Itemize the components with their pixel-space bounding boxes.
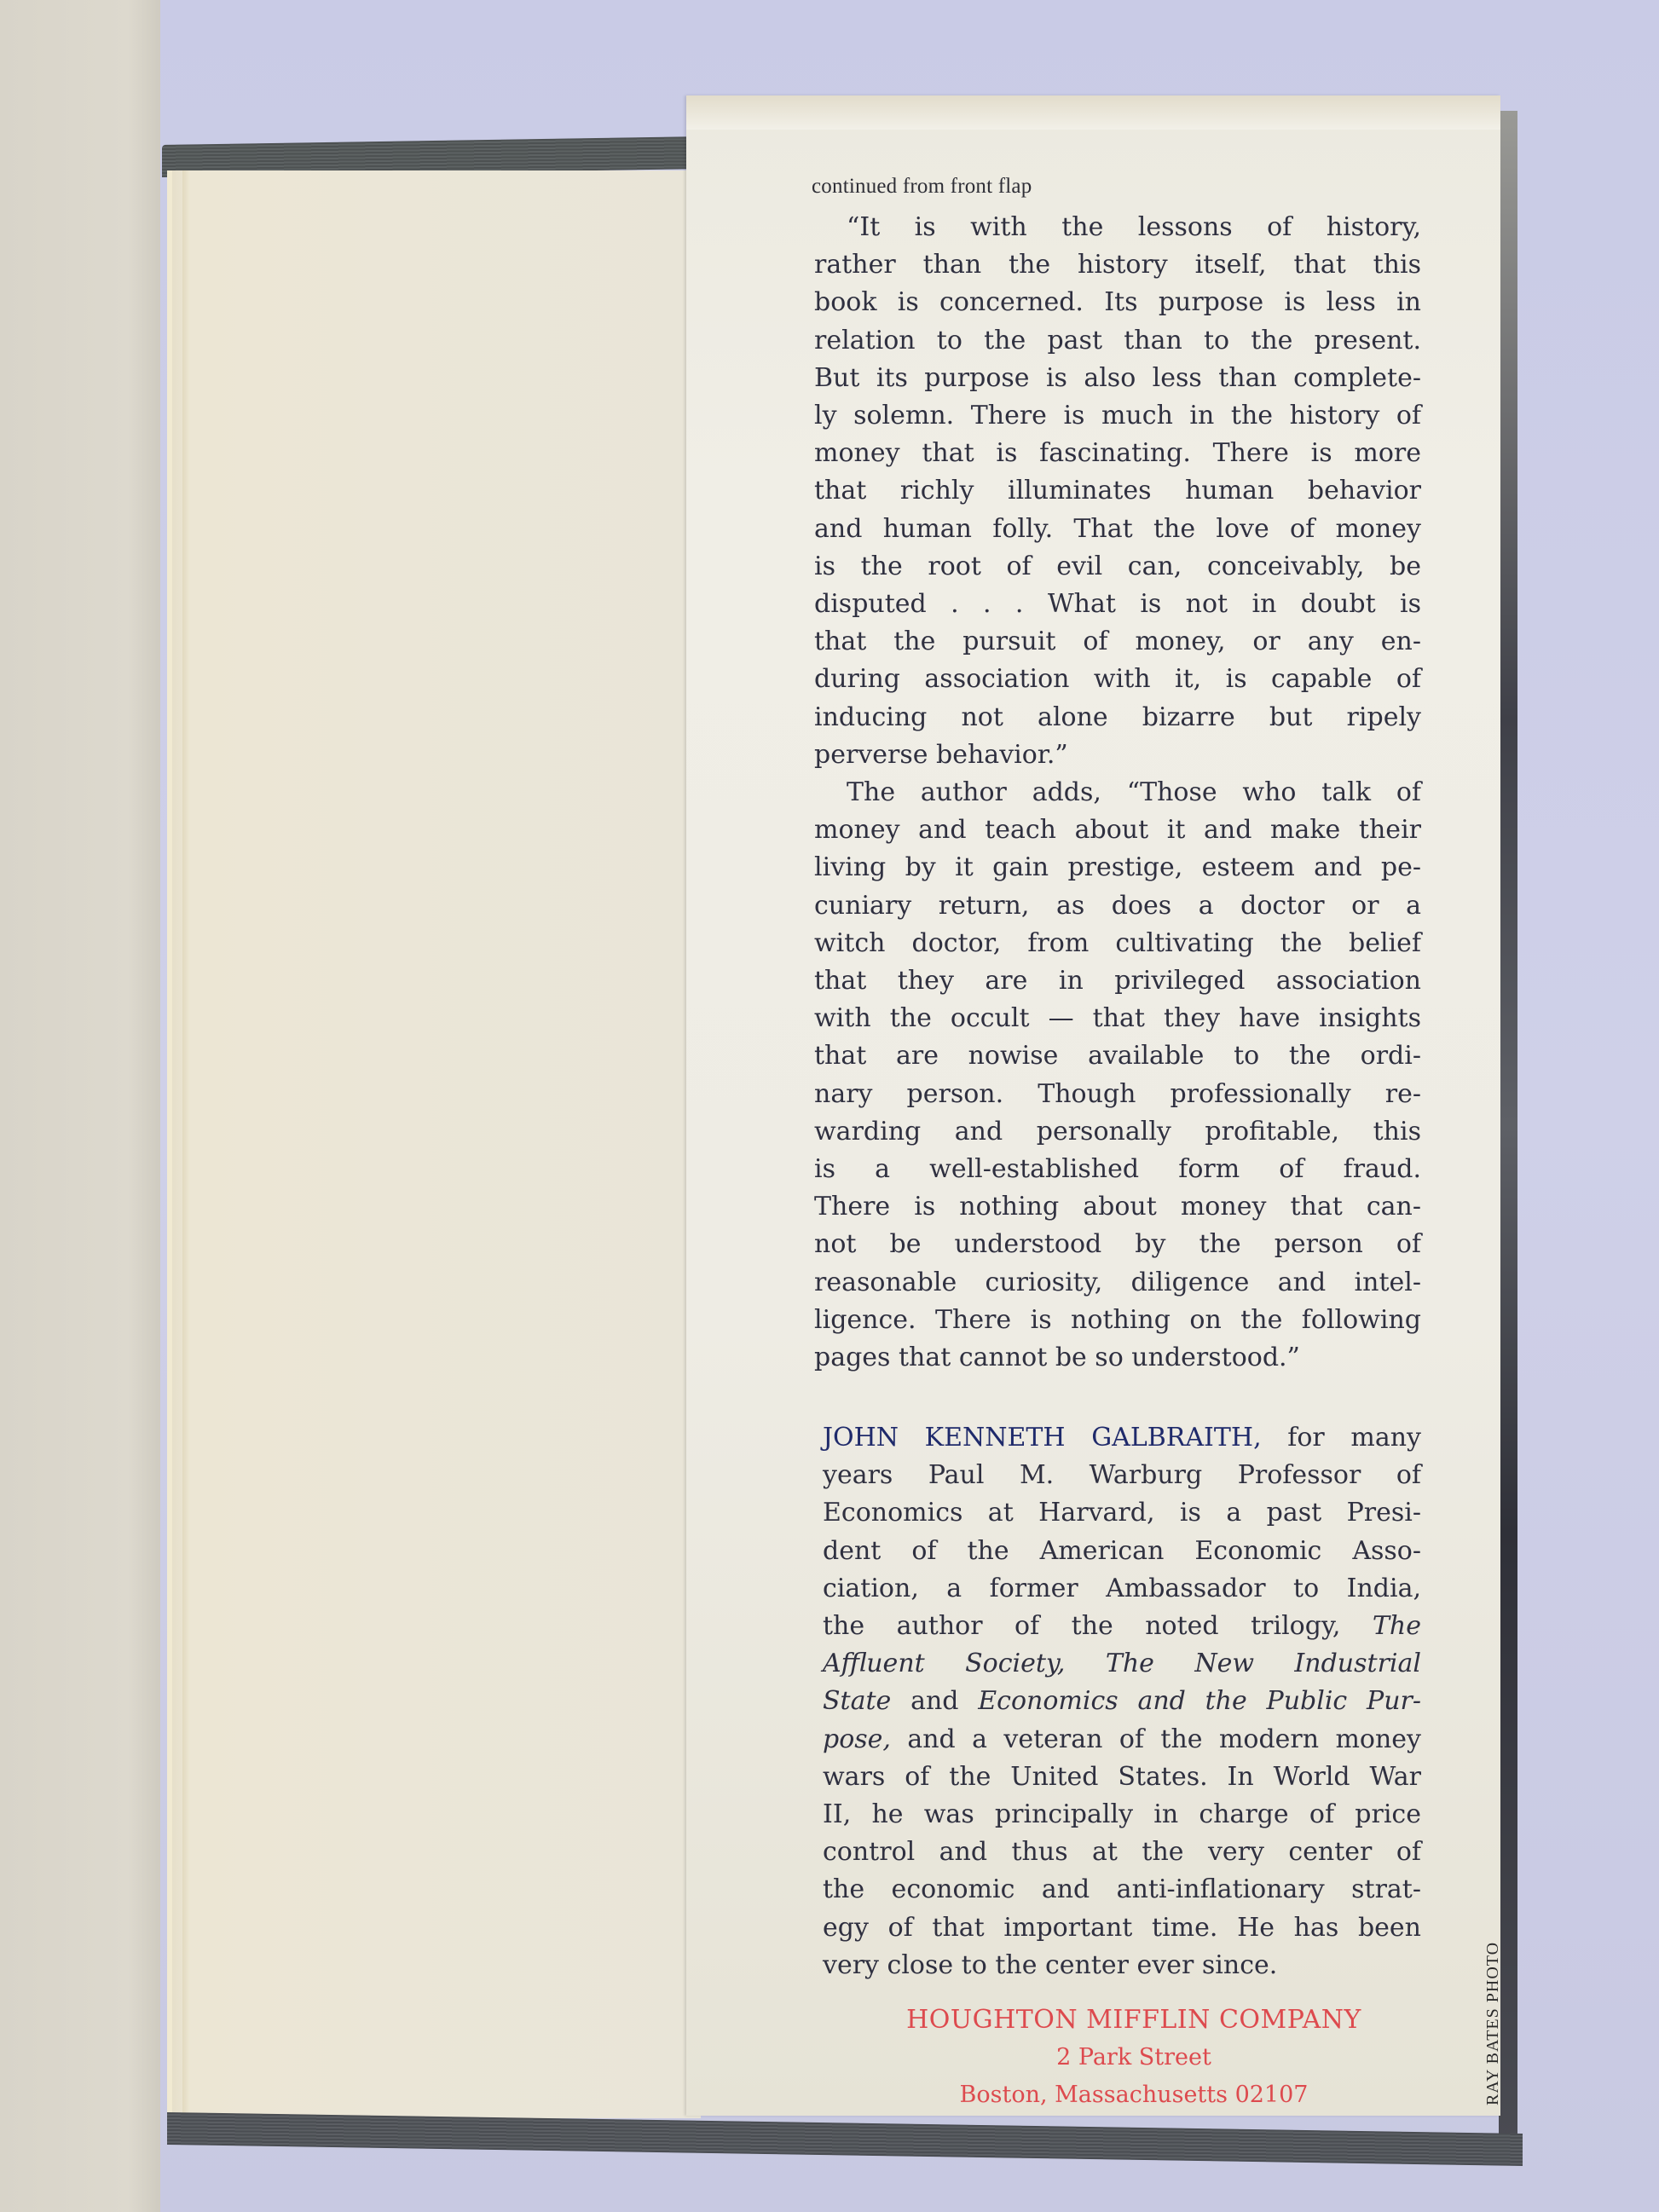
publisher-imprint: HOUGHTON MIFFLIN COMPANY 2 Park Street B… <box>835 2001 1432 2114</box>
text-line: dent of the American Economic Asso- <box>823 1533 1421 1570</box>
text-line: warding and personally profitable, this <box>814 1113 1421 1151</box>
text-line: JOHN KENNETH GALBRAITH, for many <box>823 1419 1421 1457</box>
text-line: pages that cannot be so understood.” <box>814 1339 1421 1377</box>
text-line: book is concerned. Its purpose is less i… <box>814 284 1421 321</box>
flap-header: continued from front flap <box>812 175 1032 199</box>
text-line: ly solemn. There is much in the history … <box>814 397 1421 435</box>
text-line: during association with it, is capable o… <box>814 661 1421 698</box>
text-line: Economics at Harvard, is a past Presi- <box>823 1494 1421 1532</box>
text-line: State and Economics and the Public Pur- <box>823 1683 1421 1720</box>
text-span: and <box>891 1686 978 1716</box>
publisher-street: 2 Park Street <box>835 2039 1432 2076</box>
text-line: wars of the United States. In World War <box>823 1759 1421 1796</box>
text-line: very close to the center ever since. <box>823 1947 1421 1984</box>
text-line: reasonable curiosity, diligence and inte… <box>814 1264 1421 1302</box>
text-line: “It is with the lessons of history, <box>814 209 1421 246</box>
text-line: with the occult — that they have insight… <box>814 1000 1421 1037</box>
gutter <box>182 170 189 2118</box>
text-line: rather than the history itself, that thi… <box>814 246 1421 284</box>
text-line: that richly illuminates human behavior <box>814 472 1421 510</box>
text-line: living by it gain prestige, esteem and p… <box>814 849 1421 887</box>
text-line: money and teach about it and make their <box>814 811 1421 849</box>
text-line: inducing not alone bizarre but ripely <box>814 699 1421 736</box>
text-line: that the pursuit of money, or any en- <box>814 623 1421 661</box>
book-title: The <box>1373 1611 1421 1641</box>
book-title: State <box>823 1686 891 1716</box>
photo-credit: RAY BATES PHOTO <box>1483 1942 1503 2105</box>
text-line: ciation, a former Ambassador to India, <box>823 1570 1421 1608</box>
text-line: perverse behavior.” <box>814 736 1421 774</box>
author-name: JOHN KENNETH GALBRAITH, <box>823 1423 1262 1453</box>
text-line: But its purpose is also less than comple… <box>814 360 1421 397</box>
text-line: nary person. Though professionally re- <box>814 1076 1421 1113</box>
book-title: Affluent Society, The New Industrial <box>823 1649 1421 1678</box>
text-line: is a well-established form of fraud. <box>814 1151 1421 1188</box>
text-line: ligence. There is nothing on the followi… <box>814 1302 1421 1339</box>
text-line: There is nothing about money that can- <box>814 1188 1421 1226</box>
quote-paragraphs: “It is with the lessons of history, rath… <box>814 209 1421 1377</box>
publisher-city: Boston, Massachusetts 02107 <box>835 2076 1432 2114</box>
text-line: disputed . . . What is not in doubt is <box>814 586 1421 623</box>
text-line: that they are in privileged association <box>814 962 1421 1000</box>
text-line: relation to the past than to the present… <box>814 322 1421 360</box>
text-line: pose, and a veteran of the modern money <box>823 1721 1421 1759</box>
text-line: witch doctor, from cultivating the belie… <box>814 925 1421 962</box>
text-line: the economic and anti-inflationary strat… <box>823 1871 1421 1909</box>
publisher-name: HOUGHTON MIFFLIN COMPANY <box>835 2001 1432 2039</box>
text-line: The author adds, “Those who talk of <box>814 774 1421 811</box>
text-line: not be understood by the person of <box>814 1226 1421 1263</box>
text-line: is the root of evil can, conceivably, be <box>814 548 1421 586</box>
binding-cloth-bottom <box>167 2112 1523 2166</box>
book-title: Economics and the Public Pur- <box>978 1686 1421 1716</box>
text-line: Affluent Society, The New Industrial <box>823 1645 1421 1683</box>
jacket-photo-edge <box>1499 111 1517 2140</box>
book-title: pose, <box>823 1724 891 1754</box>
text-line: cuniary return, as does a doctor or a <box>814 887 1421 925</box>
text-span: and a veteran of the modern money <box>891 1724 1421 1754</box>
text-line: money that is fascinating. There is more <box>814 435 1421 472</box>
text-line: II, he was principally in charge of pric… <box>823 1796 1421 1834</box>
text-line: years Paul M. Warburg Professor of <box>823 1457 1421 1494</box>
text-line: the author of the noted trilogy, The <box>823 1608 1421 1645</box>
facing-board <box>0 0 160 2212</box>
text-line: and human folly. That the love of money <box>814 511 1421 548</box>
text-span: the author of the noted trilogy, <box>823 1611 1373 1641</box>
author-bio: JOHN KENNETH GALBRAITH, for many years P… <box>823 1419 1421 1984</box>
flap-fold-edge <box>686 95 1500 130</box>
text-line: egy of that important time. He has been <box>823 1909 1421 1947</box>
text-line: that are nowise available to the ordi- <box>814 1037 1421 1075</box>
text-span: for many <box>1262 1423 1421 1453</box>
endpaper <box>167 170 701 2118</box>
text-line: control and thus at the very center of <box>823 1834 1421 1871</box>
